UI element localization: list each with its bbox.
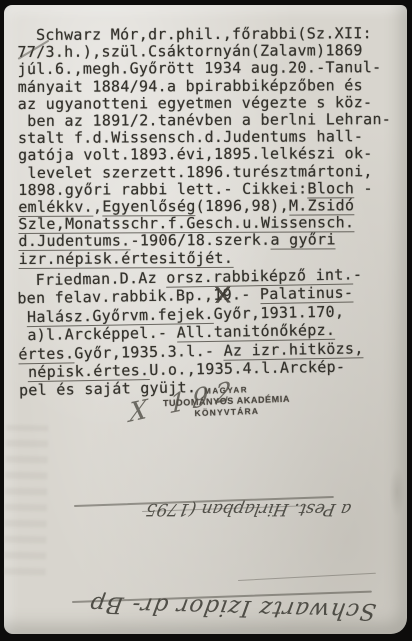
handwritten-signature-upside-down: Schwartz Izidor dr- Bp: [44, 564, 383, 624]
underlined-typed-text: izr.népisk.értesitőjét.: [19, 249, 234, 269]
typed-text: ,: [93, 198, 102, 216]
typed-text: U.o.,1935.4.l.Arckép-: [149, 358, 345, 379]
underlined-typed-text: Palatinus-: [260, 284, 354, 305]
typed-text: 19: [213, 286, 232, 304]
typed-text: .-: [232, 286, 260, 304]
typed-text: -: [354, 179, 373, 197]
index-card: Schwarz Mór,dr.phil.,főrabbi(Sz.XII:77/3…: [4, 5, 407, 634]
typed-text: a)l.Arcképpel.-: [18, 324, 177, 345]
typed-text: -1906/18.szerk.: [130, 231, 270, 250]
typed-text: Győr,1931.170,: [213, 302, 344, 322]
underlined-typed-text: d.Judentums.: [18, 232, 130, 252]
underlined-typed-text: értes.: [18, 344, 74, 364]
paragraph-bibliography: Friedman.D.Az orsz.rabbiképző int.-ben f…: [17, 265, 401, 400]
typed-text: -: [353, 265, 363, 283]
bleed-through-ghost-stamp: [4, 425, 49, 576]
typed-line: d.Judentums.-1906/18.szerk.a győri: [18, 231, 400, 250]
paper-smudge: [389, 467, 405, 517]
typed-text: (1896,98),: [196, 197, 289, 215]
typed-text: Győr,1935.3.l.-: [74, 341, 224, 362]
typed-text: Friedman.D.Az: [17, 269, 167, 290]
paragraph-biography: Schwarz Mór,dr.phil.,főrabbi(Sz.XII:77/3…: [17, 25, 400, 268]
underlined-typed-text: a győri: [270, 231, 335, 250]
photographed-card-frame: Schwarz Mór,dr.phil.,főrabbi(Sz.XII:77/3…: [0, 0, 412, 641]
